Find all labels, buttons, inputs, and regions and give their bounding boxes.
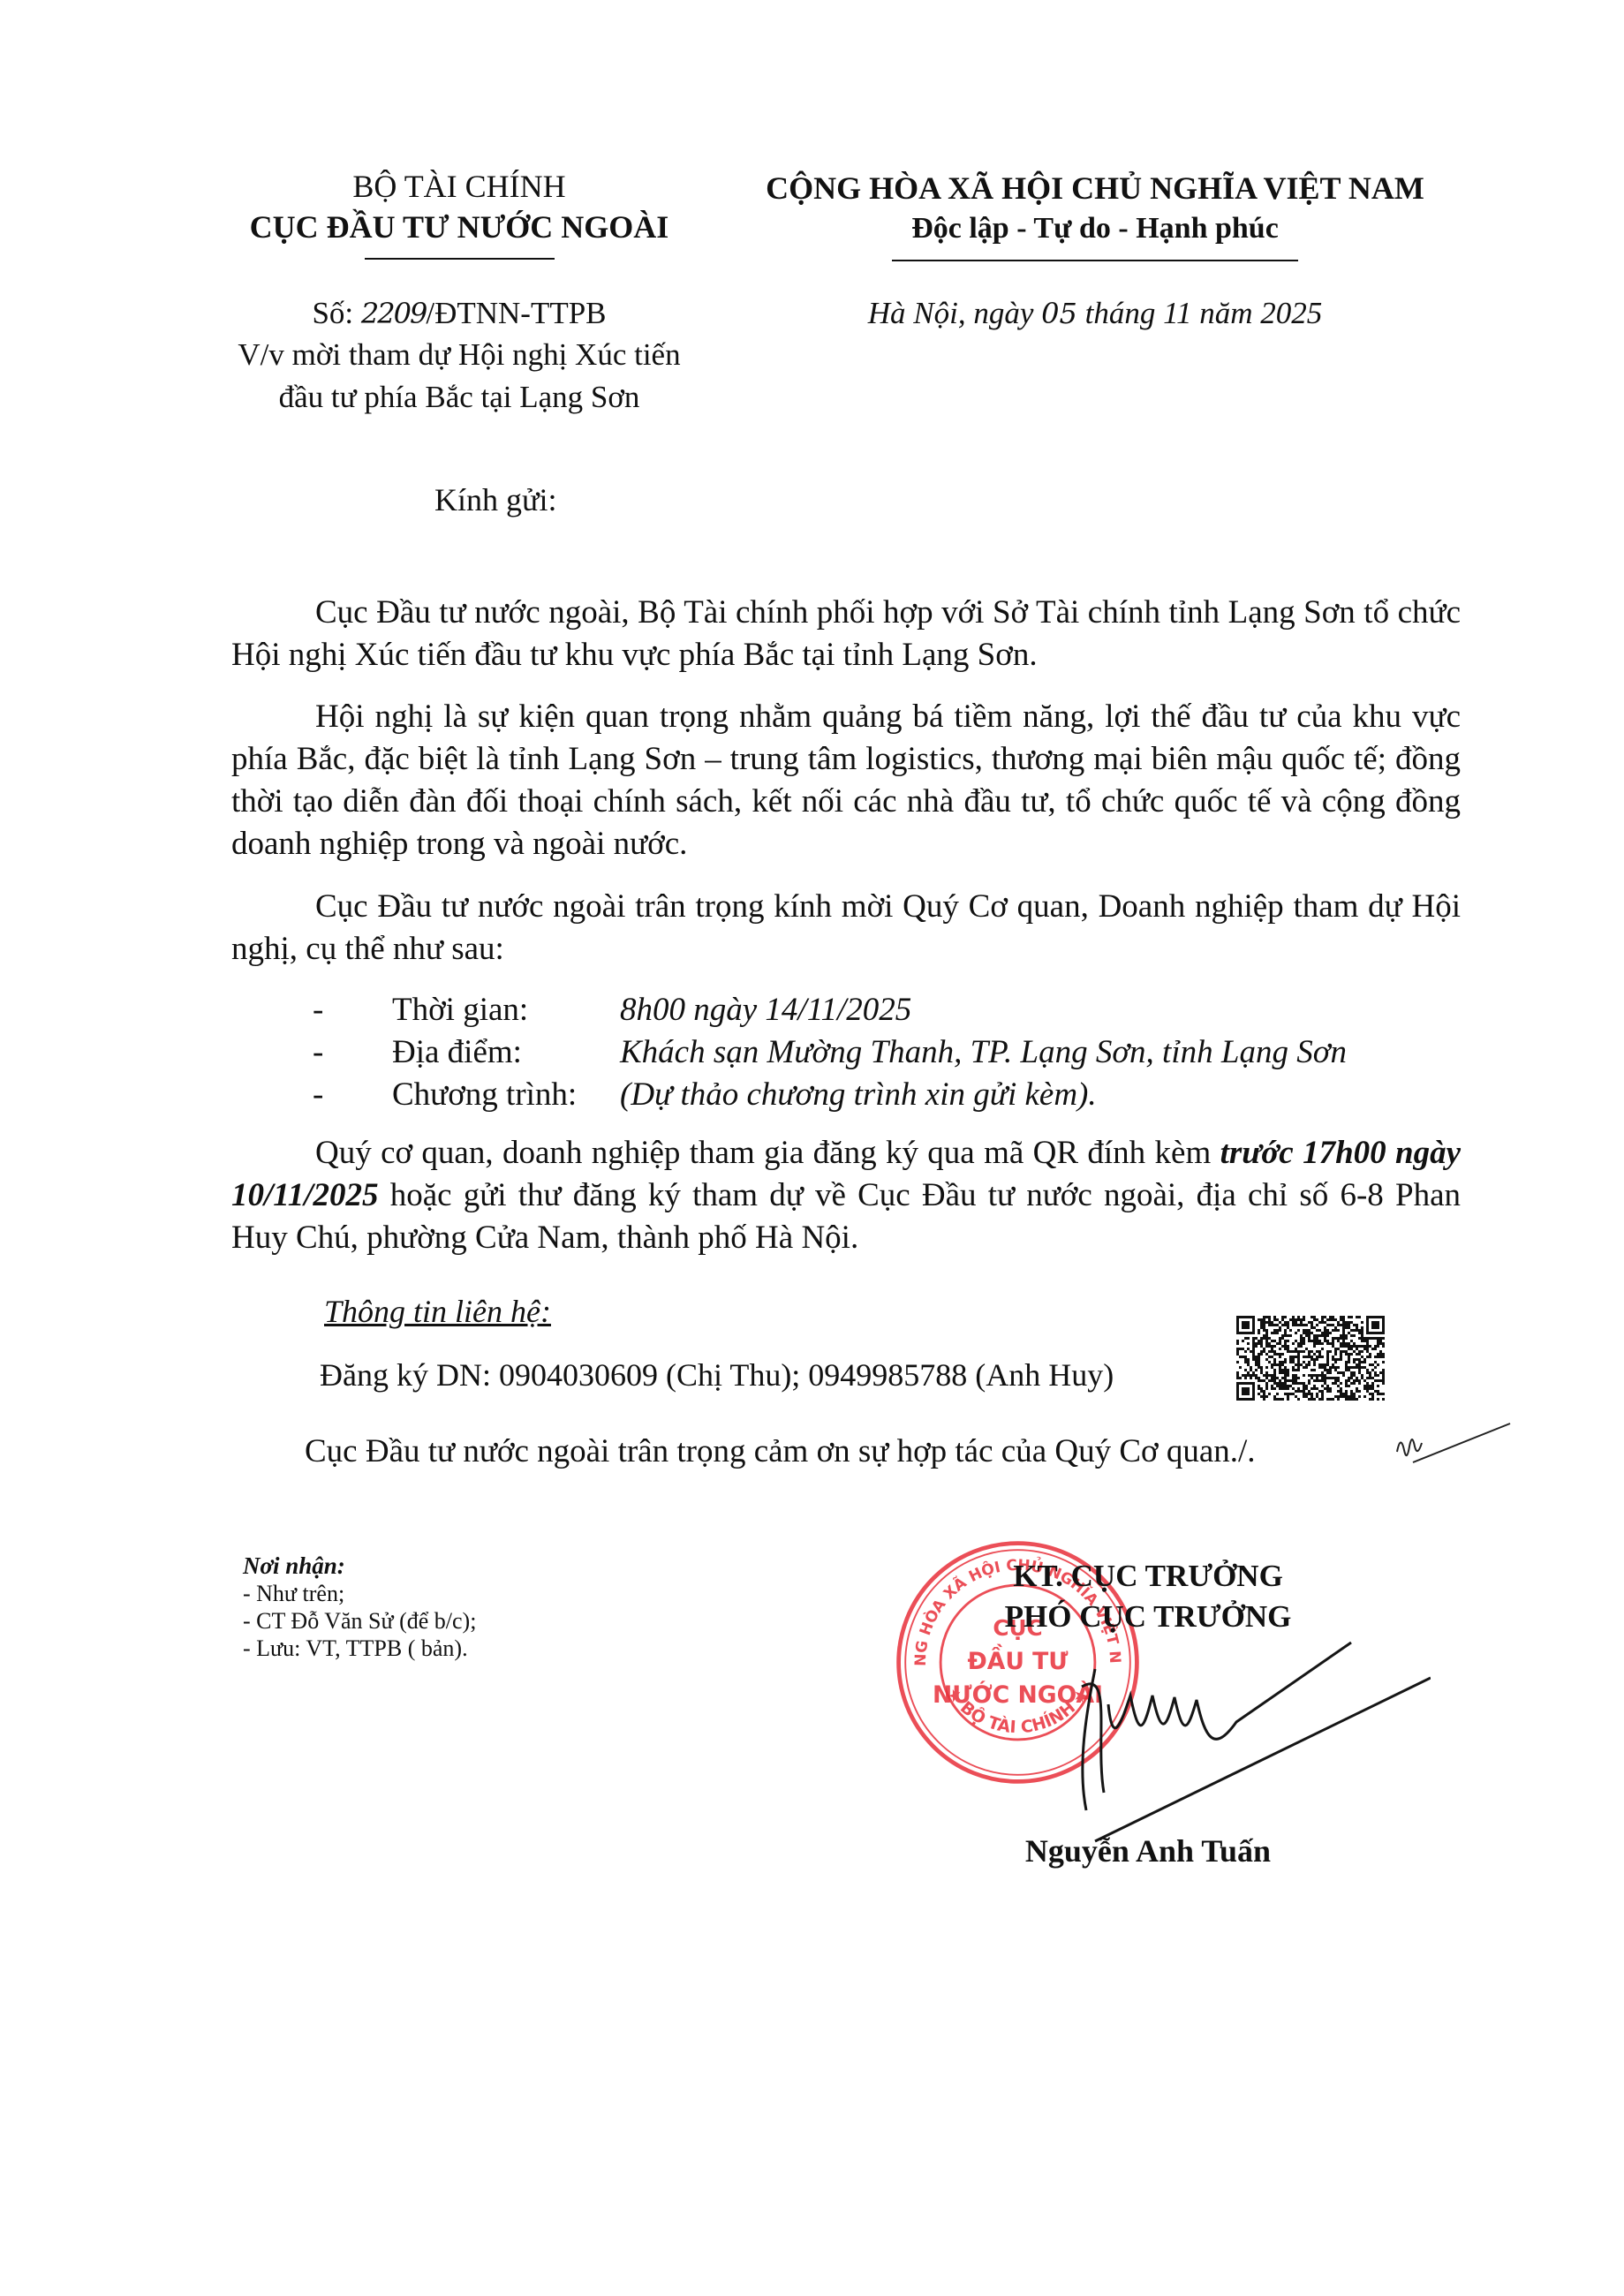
paragraph-2: Hội nghị là sự kiện quan trọng nhằm quản… — [231, 696, 1461, 865]
recipient-item: - CT Đỗ Văn Sử (để b/c); — [243, 1607, 476, 1635]
subject-line-2: đầu tư phía Bắc tại Lạng Sơn — [212, 376, 706, 419]
bullet-dash: - — [231, 989, 392, 1031]
national-header-block: CỘNG HÒA XÃ HỘI CHỦ NGHĨA VIỆT NAM Độc l… — [715, 168, 1475, 334]
detail-time: - Thời gian: 8h00 ngày 14/11/2025 — [231, 989, 1468, 1031]
paragraph-3-text: Cục Đầu tư nước ngoài trân trọng kính mờ… — [231, 886, 1461, 971]
issuing-agency-block: BỘ TÀI CHÍNH CỤC ĐẦU TƯ NƯỚC NGOÀI Số: 2… — [212, 166, 706, 419]
salutation: Kính gửi: — [434, 481, 557, 518]
detail-label: Địa điểm: — [392, 1031, 620, 1074]
number-suffix: /ĐTNN-TTPB — [426, 296, 606, 330]
number-prefix: Số: — [312, 296, 360, 330]
issue-date: Hà Nội, ngày 05 tháng 11 năm 2025 — [715, 293, 1475, 334]
paragraph-3: Cục Đầu tư nước ngoài trân trọng kính mờ… — [231, 886, 1461, 971]
number-handwritten: 2209 — [361, 297, 426, 330]
bullet-dash: - — [231, 1074, 392, 1116]
detail-value: Khách sạn Mường Thanh, TP. Lạng Sơn, tỉn… — [620, 1031, 1347, 1074]
date-prefix: Hà Nội, ngày — [868, 296, 1041, 330]
paragraph-1-text: Cục Đầu tư nước ngoài, Bộ Tài chính phối… — [231, 592, 1461, 676]
ministry-name: BỘ TÀI CHÍNH — [212, 166, 706, 207]
event-details-list: - Thời gian: 8h00 ngày 14/11/2025 - Địa … — [231, 989, 1468, 1116]
signature-title: KT. CỤC TRƯỞNG PHÓ CỤC TRƯỞNG — [936, 1556, 1360, 1637]
bullet-dash: - — [231, 1031, 392, 1074]
closing-statement: Cục Đầu tư nước ngoài trân trọng cảm ơn … — [305, 1432, 1256, 1470]
subject-line-1: V/v mời tham dự Hội nghị Xúc tiến — [212, 334, 706, 376]
agency-name: CỤC ĐẦU TƯ NƯỚC NGOÀI — [212, 207, 706, 247]
detail-value: (Dự thảo chương trình xin gửi kèm). — [620, 1074, 1097, 1116]
detail-program: - Chương trình: (Dự thảo chương trình xi… — [231, 1074, 1468, 1116]
detail-location: - Địa điểm: Khách sạn Mường Thanh, TP. L… — [231, 1031, 1468, 1074]
national-motto: Độc lập - Tự do - Hạnh phúc — [715, 208, 1475, 249]
contact-heading: Thông tin liên hệ: — [324, 1293, 551, 1330]
registration-qr-code[interactable] — [1236, 1316, 1385, 1401]
date-suffix: tháng 11 năm 2025 — [1077, 296, 1322, 330]
recipients-block: Nơi nhận: - Như trên; - CT Đỗ Văn Sử (để… — [243, 1552, 476, 1662]
recipient-item: - Lưu: VT, TTPB ( bản). — [243, 1635, 476, 1662]
signature-title-line2: PHÓ CỤC TRƯỞNG — [936, 1597, 1360, 1637]
signature-title-line1: KT. CỤC TRƯỞNG — [936, 1556, 1360, 1597]
svg-text:ĐẦU TƯ: ĐẦU TƯ — [967, 1644, 1069, 1675]
registration-text: Quý cơ quan, doanh nghiệp tham gia đăng … — [315, 1135, 1220, 1171]
contact-phones: Đăng ký DN: 0904030609 (Chị Thu); 094998… — [320, 1356, 1114, 1393]
handwritten-signature — [1060, 1634, 1431, 1846]
date-day-handwritten: 05 — [1041, 297, 1077, 330]
registration-paragraph: Quý cơ quan, doanh nghiệp tham gia đăng … — [231, 1132, 1461, 1259]
paragraph-2-text: Hội nghị là sự kiện quan trọng nhằm quản… — [231, 696, 1461, 865]
paragraph-1: Cục Đầu tư nước ngoài, Bộ Tài chính phối… — [231, 592, 1461, 676]
registration-address: hoặc gửi thư đăng ký tham dự về Cục Đầu … — [231, 1177, 1461, 1256]
detail-value: 8h00 ngày 14/11/2025 — [620, 989, 911, 1031]
recipients-title: Nơi nhận: — [243, 1552, 476, 1580]
recipient-item: - Như trên; — [243, 1580, 476, 1607]
detail-label: Thời gian: — [392, 989, 620, 1031]
handwritten-initials — [1386, 1416, 1519, 1478]
signer-name: Nguyễn Anh Tuấn — [936, 1832, 1360, 1869]
detail-label: Chương trình: — [392, 1074, 620, 1116]
agency-underline — [365, 258, 555, 260]
motto-underline — [892, 260, 1298, 261]
document-number: Số: 2209/ĐTNN-TTPB — [212, 293, 706, 334]
country-name: CỘNG HÒA XÃ HỘI CHỦ NGHĨA VIỆT NAM — [715, 168, 1475, 208]
